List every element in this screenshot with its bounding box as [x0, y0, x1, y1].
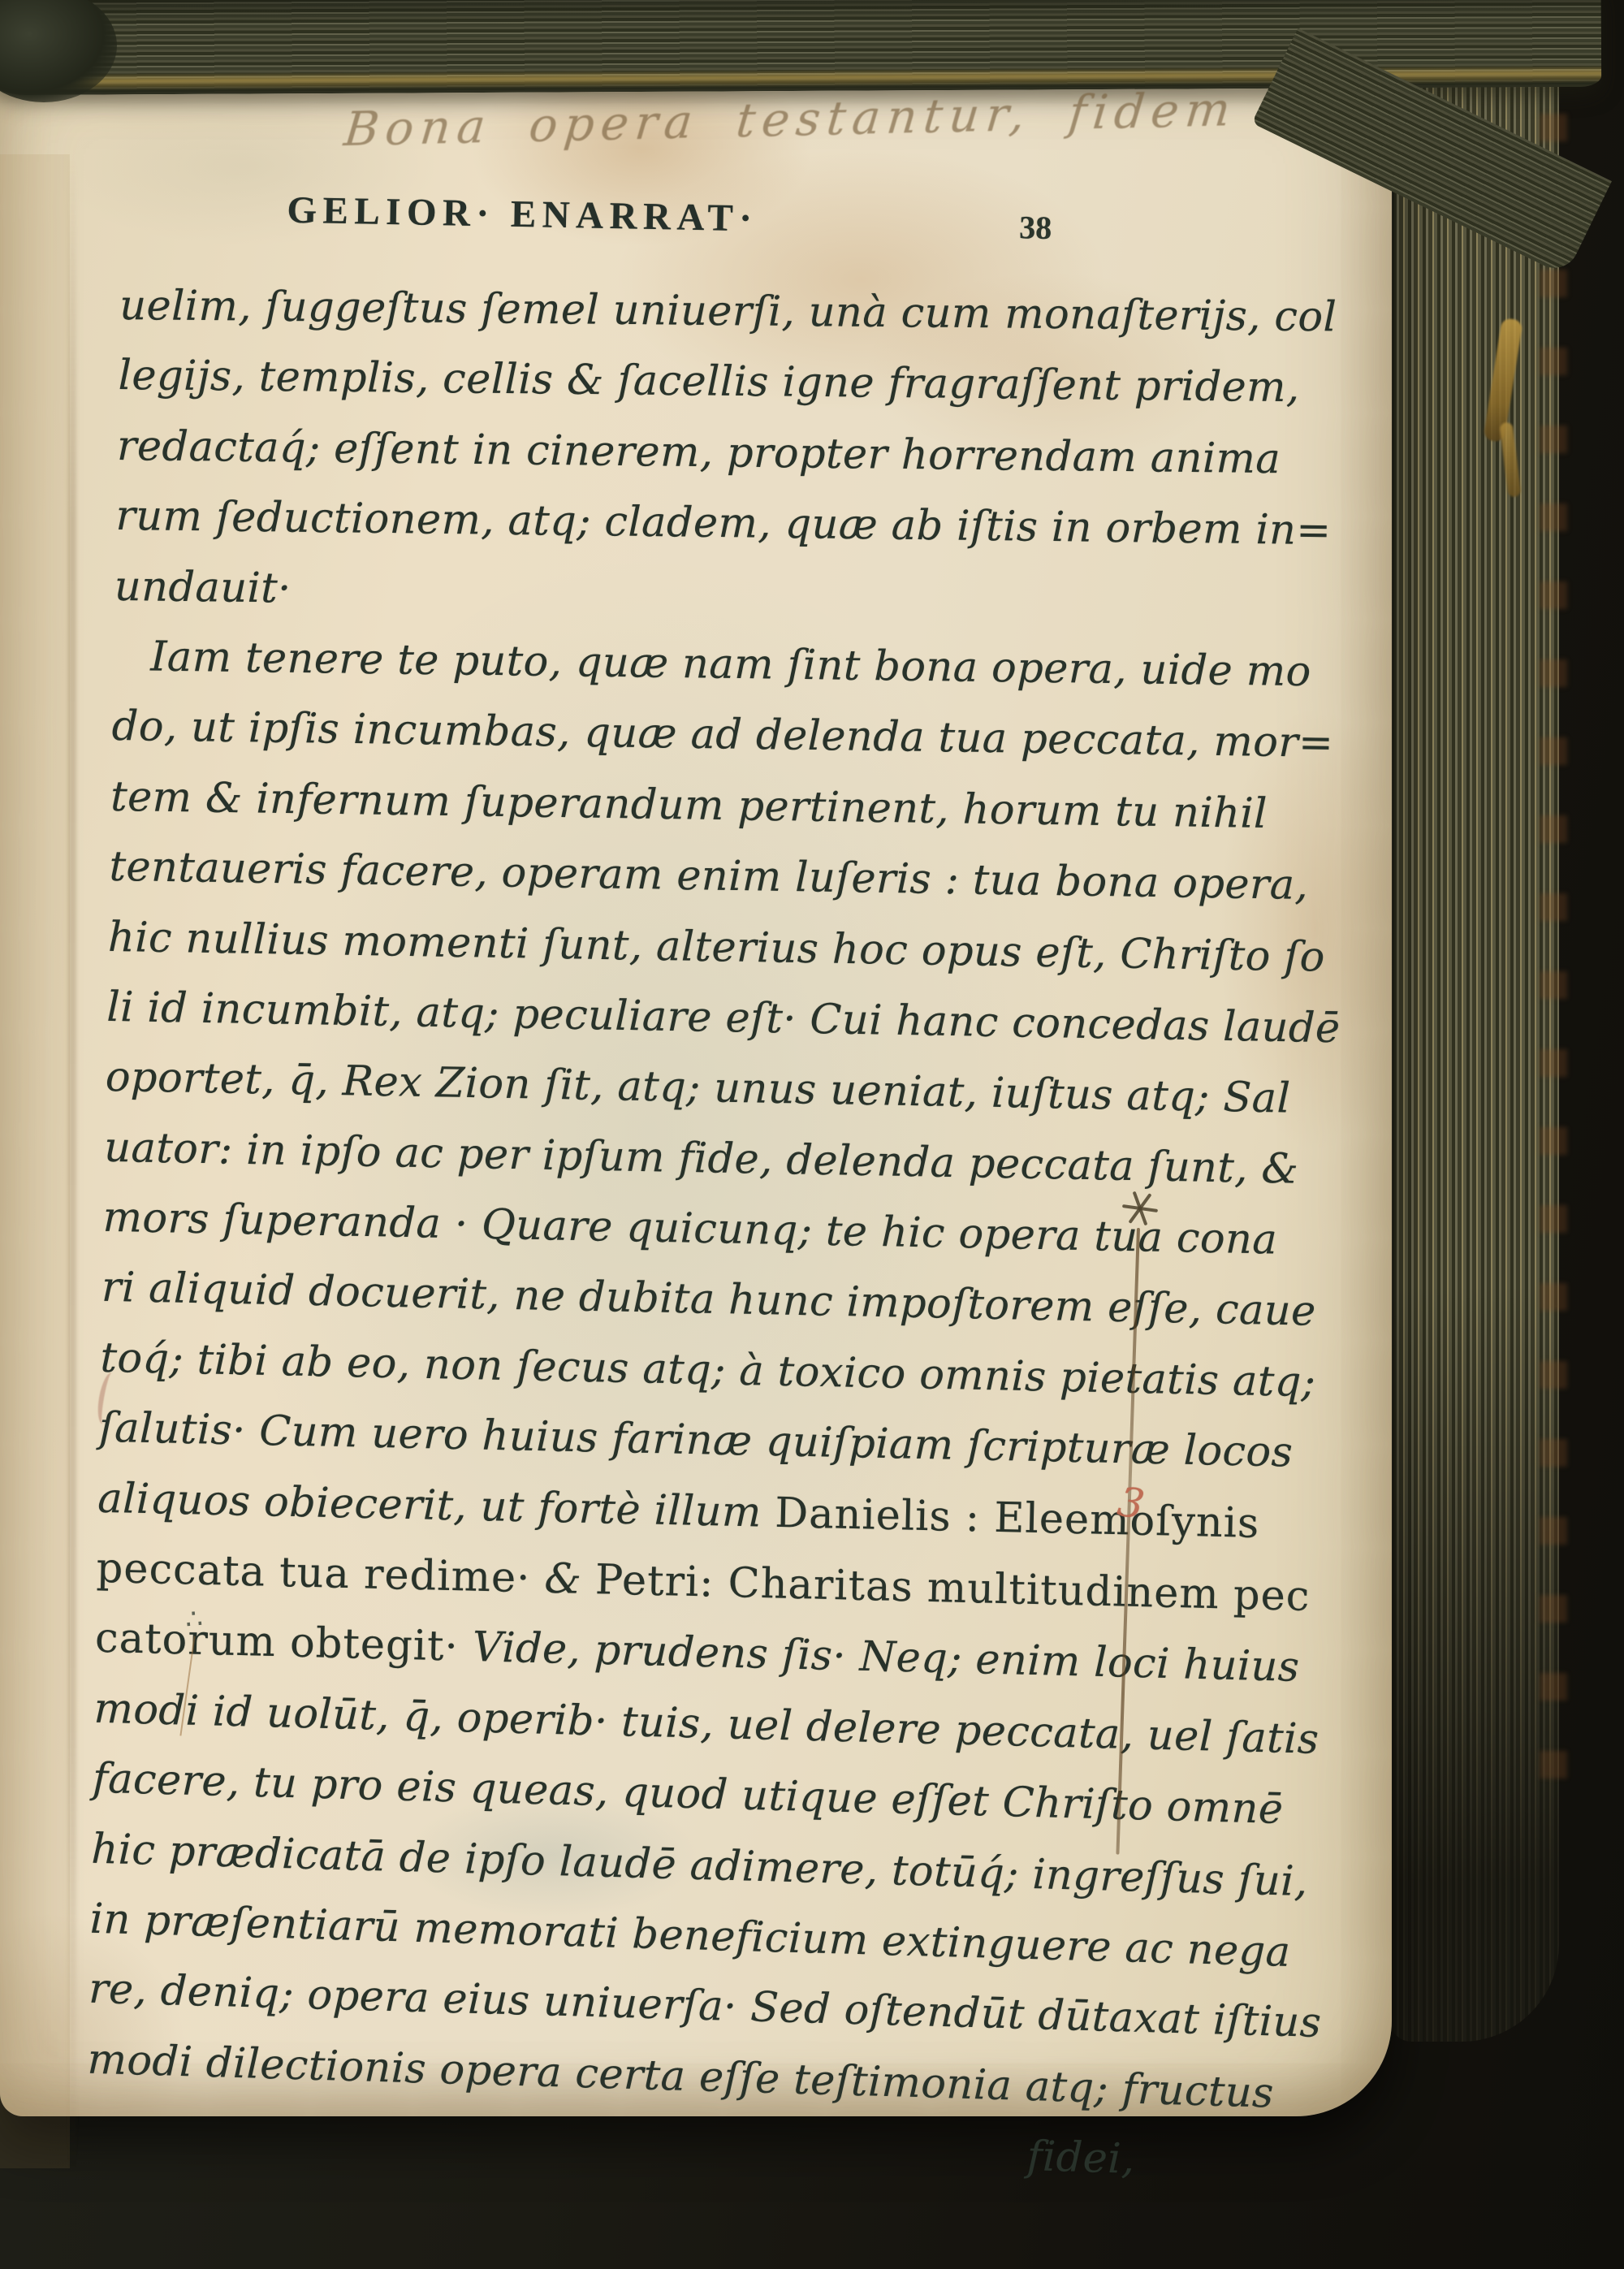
page-crease-line [68, 158, 76, 2172]
text-segment: undauit· [114, 562, 292, 612]
page-left-margin-shading [0, 154, 70, 2168]
text-segment: legijs, templis, cellis & ſacellis igne … [118, 352, 1299, 412]
margin-asterisk-icon [1116, 1185, 1164, 1233]
book-fore-edge-pages [1390, 50, 1559, 2042]
print-area: GELIOR· ENARRAT· 38 uelim, ſuggeſtus ſem… [85, 185, 1198, 2185]
text-segment: aliquos obiecerit, ut fortè illum [97, 1474, 775, 1536]
text-block-lines: uelim, ſuggeſtus ſemel uniuerſi, unà cum… [85, 271, 1197, 2185]
text-segment: rum ſeductionem, atq; cladem, quæ ab iſt… [115, 492, 1332, 555]
text-segment: redactaq́; eſſent in cinerem, propter ho… [117, 422, 1281, 483]
page-number: 38 [1019, 208, 1052, 247]
text-segment: & [544, 1555, 596, 1604]
text-line: undauit· [114, 551, 1191, 635]
text-line: uelim, ſuggeſtus ſemel uniuerſi, unà cum… [119, 271, 1197, 352]
text-segment: do, ut ipſis incumbas, quæ ad delenda tu… [111, 702, 1333, 767]
text-segment: hic nullius momenti ſunt, alterius hoc o… [108, 913, 1326, 981]
book-photograph: { "page": { "annotation_handwritten": "B… [0, 0, 1624, 2269]
text-segment: fidei, [1026, 2133, 1136, 2184]
text-segment: li id incumbit, atq; peculiare eſt· Cui … [106, 983, 1341, 1053]
text-line: legijs, templis, cellis & ſacellis igne … [118, 341, 1195, 422]
text-line: redactaq́; eſſent in cinerem, propter ho… [117, 412, 1194, 494]
text-segment: uelim, ſuggeſtus ſemel uniuerſi, unà cum… [119, 282, 1337, 341]
cover-edge-flecks [1540, 114, 1567, 1819]
text-segment: uator: in ipſo ac per ipſum fide, delend… [104, 1123, 1299, 1193]
text-segment: ſalutis· Cum uero huius farinæ quiſpiam … [98, 1404, 1293, 1477]
text-segment: Danielis : Eleemoſynis [775, 1489, 1260, 1548]
text-segment: Iam tenere te puto, quæ nam ſint bona op… [150, 633, 1311, 696]
running-header: GELIOR· ENARRAT· [287, 188, 758, 241]
text-segment: tentaueris facere, operam enim luſeris :… [109, 843, 1308, 910]
text-line: rum ſeductionem, atq; cladem, quæ ab iſt… [115, 482, 1193, 565]
text-segment: catorum obtegit· [94, 1614, 473, 1671]
text-segment: peccata tua redime· [96, 1545, 545, 1603]
text-segment: tem & infernum ſuperandum pertinent, hor… [110, 773, 1268, 838]
text-segment: oportet, q̄, Rex Zion ſit, atq; unus uen… [105, 1053, 1290, 1123]
margin-dots-mark: ∴ [184, 1602, 204, 1636]
text-segment: mors ſuperanda · Quare quicunq; te hic o… [102, 1194, 1278, 1264]
